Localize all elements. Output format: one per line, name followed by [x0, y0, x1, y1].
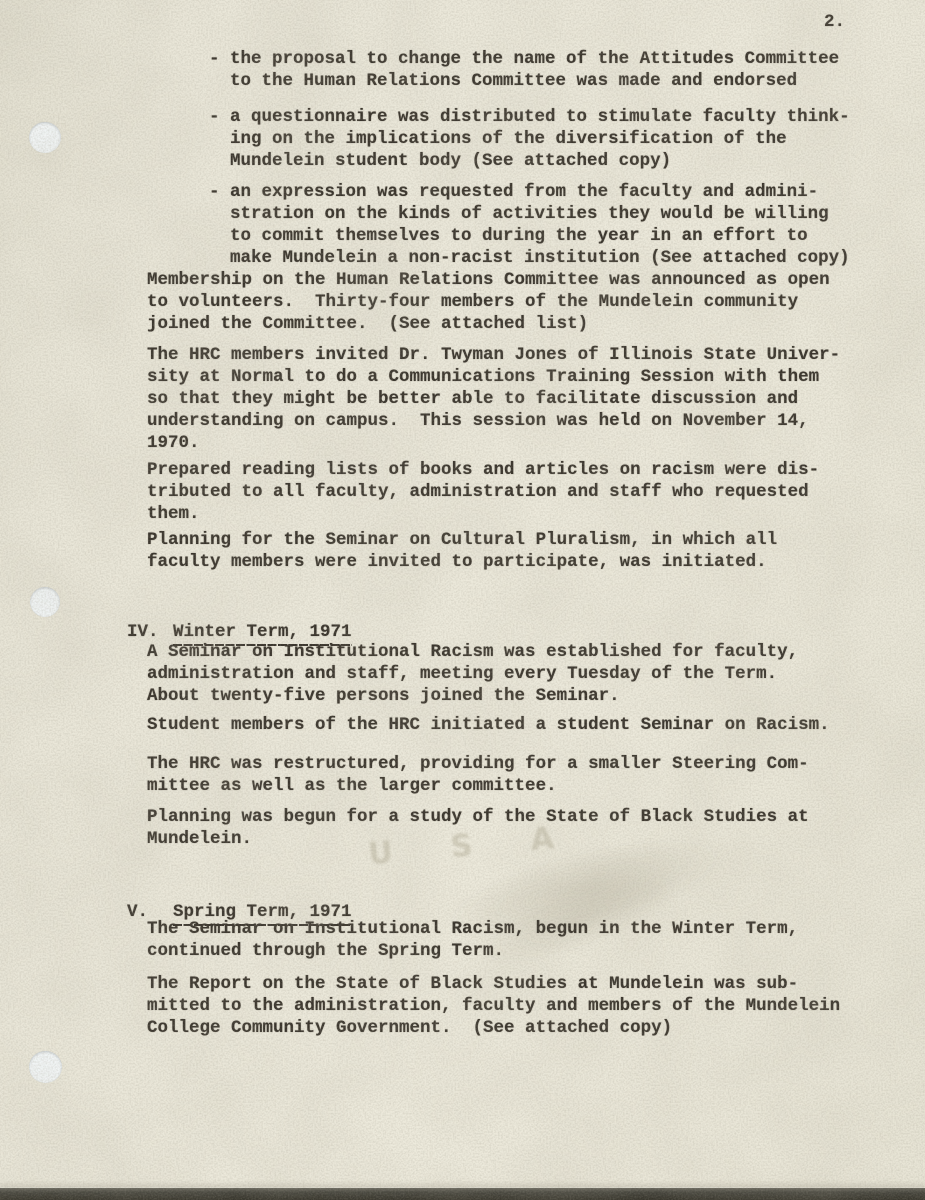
document-page: U S A 2. - the proposal to change the na… — [0, 0, 925, 1200]
paragraph-membership: Membership on the Human Relations Commit… — [147, 269, 830, 335]
paragraph-report-submitted: The Report on the State of Black Studies… — [147, 973, 840, 1039]
paragraph-hrc-members: The HRC members invited Dr. Twyman Jones… — [147, 344, 840, 454]
paragraph-reading-lists: Prepared reading lists of books and arti… — [147, 459, 819, 525]
scan-bottom-edge — [0, 1188, 925, 1200]
punch-hole-top — [29, 122, 61, 153]
heading-numeral: IV. — [127, 621, 173, 643]
paragraph-planning-seminar: Planning for the Seminar on Cultural Plu… — [147, 529, 777, 573]
paragraph-student-seminar: Student members of the HRC initiated a s… — [147, 714, 830, 736]
page-number: 2. — [824, 11, 845, 33]
punch-hole-bottom — [29, 1051, 62, 1083]
paragraph-hrc-restructured: The HRC was restructured, providing for … — [147, 753, 809, 797]
bullet-item-expression: - an expression was requested from the f… — [209, 181, 850, 269]
punch-hole-middle — [30, 587, 60, 617]
bullet-item-proposal: - the proposal to change the name of the… — [209, 48, 839, 92]
paragraph-seminar-established: A Seminar on Institutional Racism was es… — [147, 641, 798, 707]
paragraph-black-studies-planning: Planning was begun for a study of the St… — [147, 806, 809, 850]
paragraph-seminar-continued: The Seminar on Institutional Racism, beg… — [147, 918, 798, 962]
bullet-item-questionnaire: - a questionnaire was distributed to sti… — [209, 106, 850, 172]
